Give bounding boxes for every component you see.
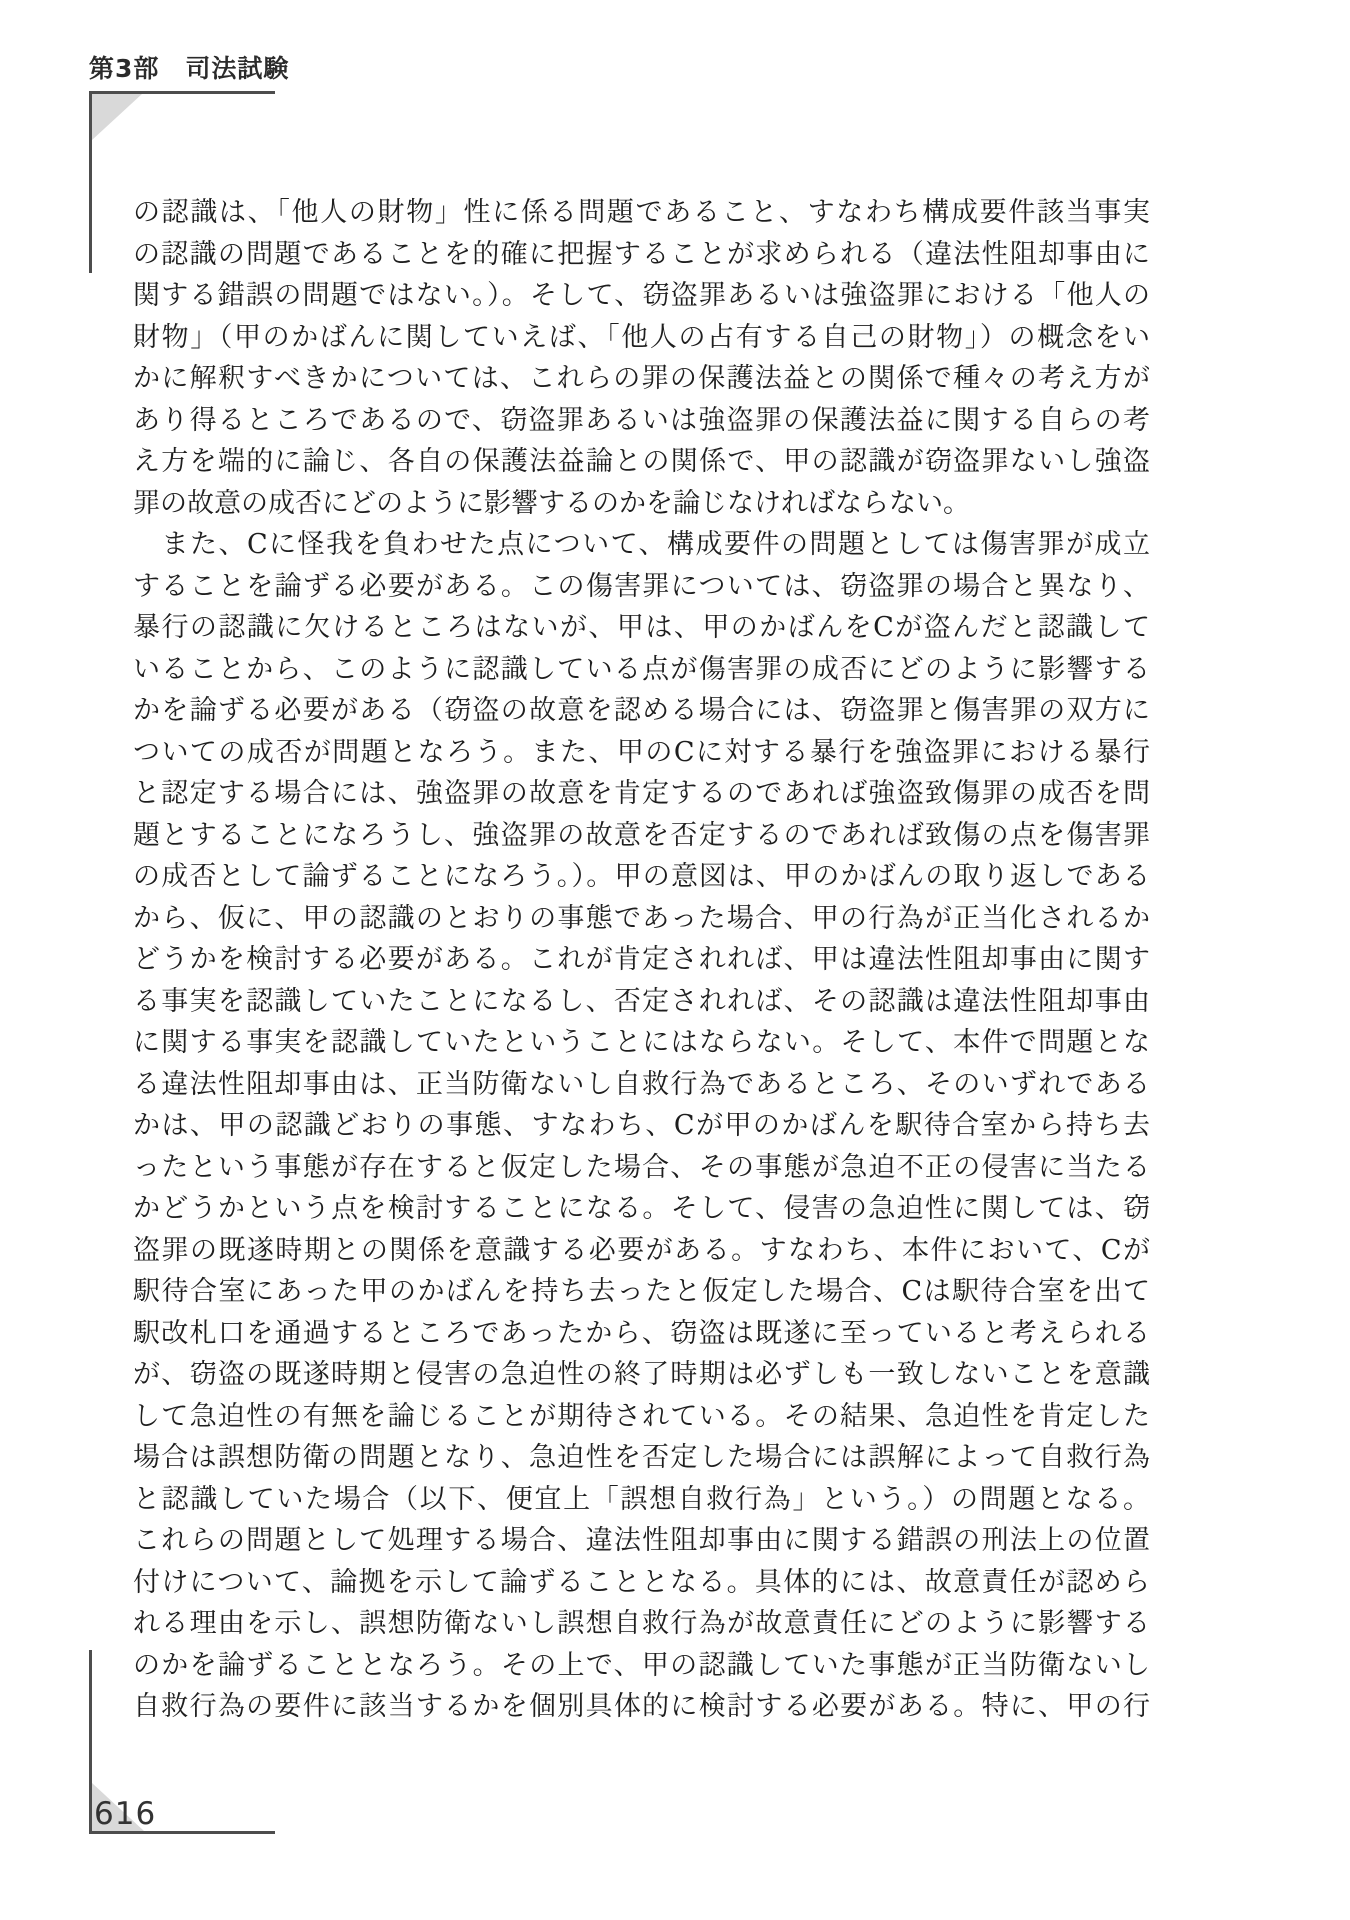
text-line: の成否として論ずることになろう。）。甲の意図は、甲のかばんの取り返しである — [133, 856, 1150, 898]
text-line: かどうかという点を検討することになる。そして、侵害の急迫性に関しては、窃 — [133, 1188, 1150, 1230]
text-line: 関する錯誤の問題ではない。）。そして、窃盗罪あるいは強盗罪における「他人の — [133, 275, 1150, 317]
text-line: る違法性阻却事由は、正当防衛ないし自救行為であるところ、そのいずれである — [133, 1064, 1150, 1106]
book-page: 第3部 司法試験 の認識は、「他人の財物」性に係る問題であること、すなわち構成要… — [0, 0, 1350, 1920]
text-line: することを論ずる必要がある。この傷害罪については、窃盗罪の場合と異なり、 — [133, 566, 1150, 608]
text-line: れる理由を示し、誤想防衛ないし誤想自救行為が故意責任にどのように影響する — [133, 1603, 1150, 1645]
text-line: と認識していた場合（以下、便宜上「誤想自救行為」という。）の問題となる。 — [133, 1479, 1150, 1521]
text-line: 罪の故意の成否にどのように影響するのかを論じなければならない。 — [133, 483, 1150, 525]
text-line: え方を端的に論じ、各自の保護法益論との関係で、甲の認識が窃盗罪ないし強盗 — [133, 441, 1150, 483]
text-line: から、仮に、甲の認識のとおりの事態であった場合、甲の行為が正当化されるか — [133, 898, 1150, 940]
text-line: ったという事態が存在すると仮定した場合、その事態が急迫不正の侵害に当たる — [133, 1147, 1150, 1189]
text-line: ついての成否が問題となろう。また、甲のCに対する暴行を強盗罪における暴行 — [133, 732, 1150, 774]
text-line: かは、甲の認識どおりの事態、すなわち、Cが甲のかばんを駅待合室から持ち去 — [133, 1105, 1150, 1147]
text-line: のかを論ずることとなろう。その上で、甲の認識していた事態が正当防衛ないし — [133, 1645, 1150, 1687]
text-line: と認定する場合には、強盗罪の故意を肯定するのであれば強盗致傷罪の成否を問 — [133, 773, 1150, 815]
text-line: の認識の問題であることを的確に把握することが求められる（違法性阻却事由に — [133, 234, 1150, 276]
text-line: 盗罪の既遂時期との関係を意識する必要がある。すなわち、本件において、Cが — [133, 1230, 1150, 1272]
text-line: 自救行為の要件に該当するかを個別具体的に検討する必要がある。特に、甲の行 — [133, 1686, 1150, 1728]
text-line: に関する事実を認識していたということにはならない。そして、本件で問題とな — [133, 1022, 1150, 1064]
text-line: 駅改札口を通過するところであったから、窃盗は既遂に至っていると考えられる — [133, 1313, 1150, 1355]
text-line: る事実を認識していたことになるし、否定されれば、その認識は違法性阻却事由 — [133, 981, 1150, 1023]
text-line: の認識は、「他人の財物」性に係る問題であること、すなわち構成要件該当事実 — [133, 192, 1150, 234]
header-corner-triangle — [92, 94, 142, 140]
text-line: いることから、このように認識している点が傷害罪の成否にどのように影響する — [133, 649, 1150, 691]
text-line: 付けについて、論拠を示して論ずることとなる。具体的には、故意責任が認めら — [133, 1562, 1150, 1604]
text-line: 場合は誤想防衛の問題となり、急迫性を否定した場合には誤解によって自救行為 — [133, 1437, 1150, 1479]
text-line: が、窃盗の既遂時期と侵害の急迫性の終了時期は必ずしも一致しないことを意識 — [133, 1354, 1150, 1396]
text-line: かに解釈すべきかについては、これらの罪の保護法益との関係で種々の考え方が — [133, 358, 1150, 400]
text-line: これらの問題として処理する場合、違法性阻却事由に関する錯誤の刑法上の位置 — [133, 1520, 1150, 1562]
chapter-header: 第3部 司法試験 — [89, 54, 289, 84]
text-line: して急迫性の有無を論じることが期待されている。その結果、急迫性を肯定した — [133, 1396, 1150, 1438]
text-line: また、Cに怪我を負わせた点について、構成要件の問題としては傷害罪が成立 — [133, 524, 1150, 566]
body-text: の認識は、「他人の財物」性に係る問題であること、すなわち構成要件該当事実の認識の… — [133, 192, 1150, 1728]
text-line: 財物」（甲のかばんに関していえば、「他人の占有する自己の財物」）の概念をい — [133, 317, 1150, 359]
page-number: 616 — [94, 1797, 156, 1831]
text-line: 駅待合室にあった甲のかばんを持ち去ったと仮定した場合、Cは駅待合室を出て — [133, 1271, 1150, 1313]
text-line: 暴行の認識に欠けるところはないが、甲は、甲のかばんをCが盗んだと認識して — [133, 607, 1150, 649]
text-line: 題とすることになろうし、強盗罪の故意を否定するのであれば致傷の点を傷害罪 — [133, 815, 1150, 857]
text-line: どうかを検討する必要がある。これが肯定されれば、甲は違法性阻却事由に関す — [133, 939, 1150, 981]
text-line: あり得るところであるので、窃盗罪あるいは強盗罪の保護法益に関する自らの考 — [133, 400, 1150, 442]
text-line: かを論ずる必要がある（窃盗の故意を認める場合には、窃盗罪と傷害罪の双方に — [133, 690, 1150, 732]
